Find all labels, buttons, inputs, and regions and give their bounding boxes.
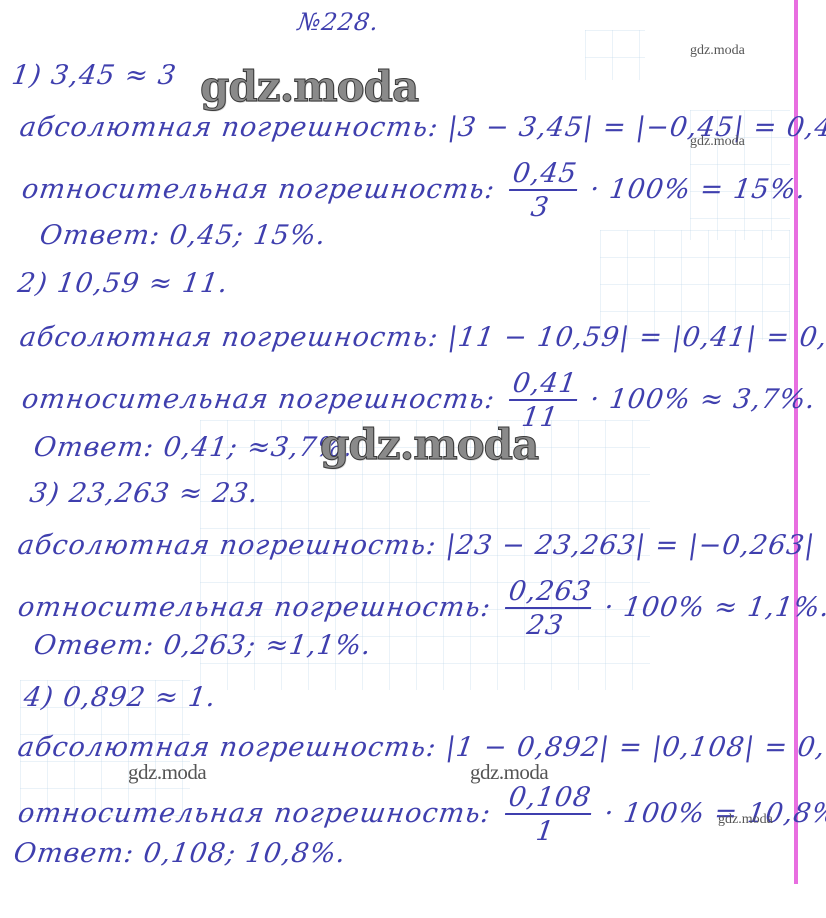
watermark: gdz.moda bbox=[128, 760, 206, 785]
relative-calc: · 100% = 15%. bbox=[588, 174, 808, 205]
watermark: gdz.moda bbox=[690, 134, 745, 150]
fraction-numerator: 0,41 bbox=[508, 370, 580, 401]
problem-label: 4) bbox=[22, 682, 56, 713]
fraction-denominator: 1 bbox=[534, 815, 556, 845]
watermark: gdz.moda bbox=[200, 62, 418, 111]
problem-1-relative-error: относительная погрешность: 0,453 · 100% … bbox=[18, 160, 811, 221]
approximation: 10,59 ≈ 11. bbox=[55, 268, 230, 299]
problem-3-answer: Ответ: 0,263; ≈1,1%. bbox=[32, 630, 374, 661]
watermark: gdz.moda bbox=[718, 812, 773, 828]
problem-2-approximation: 2) 10,59 ≈ 11. bbox=[16, 268, 231, 299]
problem-label: 2) bbox=[16, 268, 50, 299]
relative-calc: · 100% = 10,8% bbox=[602, 798, 826, 829]
fraction-denominator: 3 bbox=[529, 191, 551, 221]
graph-paper-grid bbox=[585, 30, 645, 80]
problem-1-answer: Ответ: 0,45; 15%. bbox=[38, 220, 328, 251]
problem-4-absolute-error: абсолютная погрешность: |1 − 0,892| = |0… bbox=[16, 732, 826, 763]
fraction: 0,453 bbox=[504, 160, 581, 221]
fraction-numerator: 0,45 bbox=[508, 160, 580, 191]
problem-4-relative-error: относительная погрешность: 0,1081 · 100%… bbox=[14, 784, 826, 845]
fraction-numerator: 0,108 bbox=[504, 784, 595, 815]
relative-label: относительная погрешность: bbox=[16, 592, 493, 623]
problem-1-approximation: 1) 3,45 ≈ 3 bbox=[10, 60, 179, 91]
relative-label: относительная погрешность: bbox=[16, 798, 493, 829]
problem-3-absolute-error: абсолютная погрешность: |23 − 23,263| = … bbox=[16, 530, 826, 561]
absolute-label: абсолютная погрешность: bbox=[16, 732, 439, 763]
fraction-denominator: 23 bbox=[525, 609, 566, 639]
absolute-label: абсолютная погрешность: bbox=[18, 322, 441, 353]
problem-4-answer: Ответ: 0,108; 10,8%. bbox=[12, 838, 348, 869]
fraction: 0,26323 bbox=[500, 578, 595, 639]
approximation: 0,892 ≈ 1. bbox=[61, 682, 218, 713]
absolute-calc: |11 − 10,59| = |0,41| = 0,41; bbox=[446, 322, 826, 353]
relative-label: относительная погрешность: bbox=[20, 174, 497, 205]
approximation: 3,45 ≈ 3 bbox=[49, 60, 178, 91]
problem-label: 3) bbox=[28, 478, 62, 509]
relative-label: относительная погрешность: bbox=[20, 384, 497, 415]
relative-calc: · 100% ≈ 1,1%. bbox=[602, 592, 826, 623]
problem-3-approximation: 3) 23,263 ≈ 23. bbox=[28, 478, 261, 509]
watermark: gdz.moda bbox=[470, 760, 548, 785]
problem-2-absolute-error: абсолютная погрешность: |11 − 10,59| = |… bbox=[18, 322, 826, 353]
approximation: 23,263 ≈ 23. bbox=[67, 478, 261, 509]
relative-calc: · 100% ≈ 3,7%. bbox=[588, 384, 818, 415]
problem-number: №228. bbox=[296, 8, 381, 36]
fraction-numerator: 0,263 bbox=[504, 578, 595, 609]
absolute-label: абсолютная погрешность: bbox=[18, 112, 441, 143]
notebook-page: №228. 1) 3,45 ≈ 3 абсолютная погрешность… bbox=[0, 0, 826, 918]
problem-4-approximation: 4) 0,892 ≈ 1. bbox=[22, 682, 219, 713]
absolute-calc: |1 − 0,892| = |0,108| = 0,108; bbox=[444, 732, 826, 763]
absolute-calc: |3 − 3,45| = |−0,45| = 0,45; bbox=[446, 112, 826, 143]
problem-label: 1) bbox=[10, 60, 44, 91]
fraction: 0,1081 bbox=[500, 784, 595, 845]
absolute-label: абсолютная погрешность: bbox=[16, 530, 439, 561]
watermark: gdz.moda bbox=[320, 420, 538, 469]
absolute-calc: |23 − 23,263| = |−0,263| = 0,263; bbox=[444, 530, 826, 561]
watermark: gdz.moda bbox=[690, 43, 745, 59]
problem-2-answer: Ответ: 0,41; ≈3,7%. bbox=[32, 432, 356, 463]
